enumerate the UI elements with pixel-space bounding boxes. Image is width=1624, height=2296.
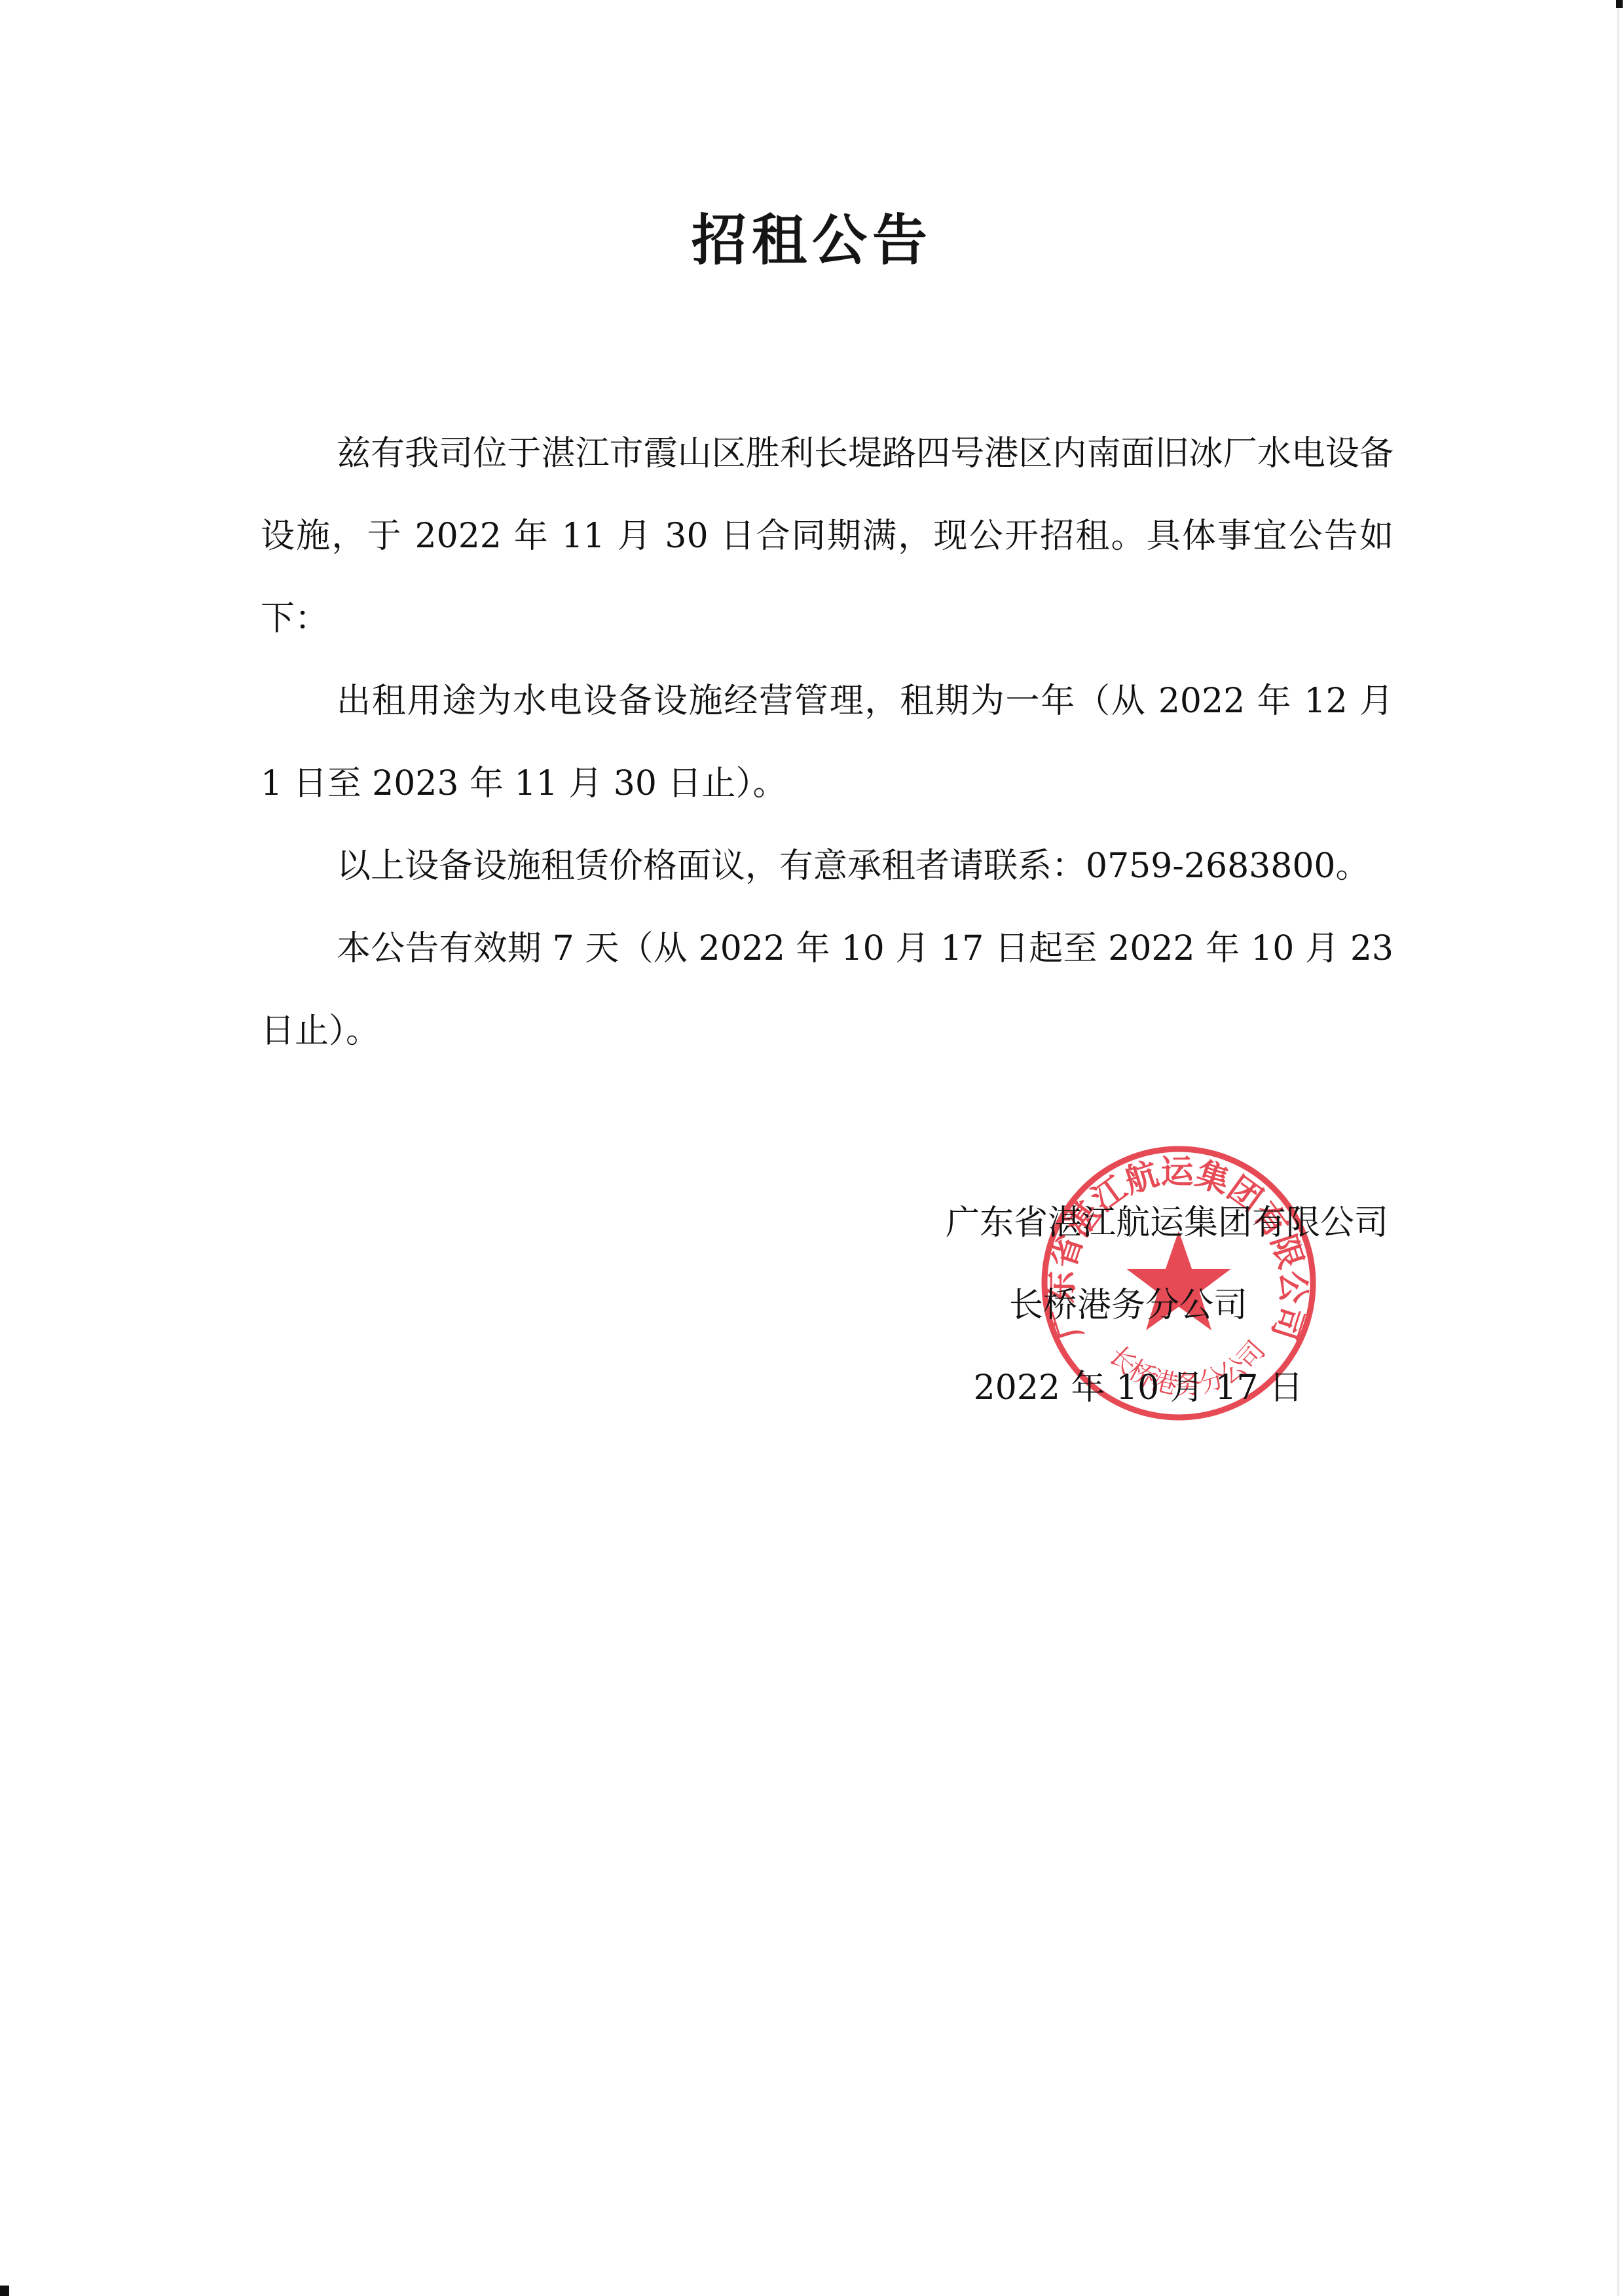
signature-date: 2022 年 10 月 17 日 [799, 1347, 1388, 1429]
paragraph-contact: 以上设备设施租赁价格面议，有意承租者请联系：0759-2683800。 [261, 825, 1393, 907]
document-title: 招租公告 [0, 196, 1624, 276]
document-page: 招租公告 兹有我司位于湛江市霞山区胜利长堤路四号港区内南面旧冰厂水电设备设施，于… [0, 0, 1624, 2296]
scan-corner-mark [1616, 0, 1623, 8]
paragraph-intro: 兹有我司位于湛江市霞山区胜利长堤路四号港区内南面旧冰厂水电设备设施，于 2022… [261, 412, 1393, 660]
signature-block: 广东省湛江航运集团有限公司 长桥港务分公司 2022 年 10 月 17 日 [799, 1182, 1388, 1429]
document-body: 兹有我司位于湛江市霞山区胜利长堤路四号港区内南面旧冰厂水电设备设施，于 2022… [261, 412, 1393, 1072]
paragraph-validity: 本公告有效期 7 天（从 2022 年 10 月 17 日起至 2022 年 1… [261, 907, 1393, 1072]
signature-branch: 长桥港务分公司 [799, 1264, 1388, 1347]
signature-company: 广东省湛江航运集团有限公司 [799, 1182, 1388, 1264]
paragraph-lease-term: 出租用途为水电设备设施经营管理，租期为一年（从 2022 年 12 月 1 日至… [261, 660, 1393, 825]
scan-edge-line [1617, 0, 1619, 2296]
scan-corner-mark [0, 2286, 9, 2296]
